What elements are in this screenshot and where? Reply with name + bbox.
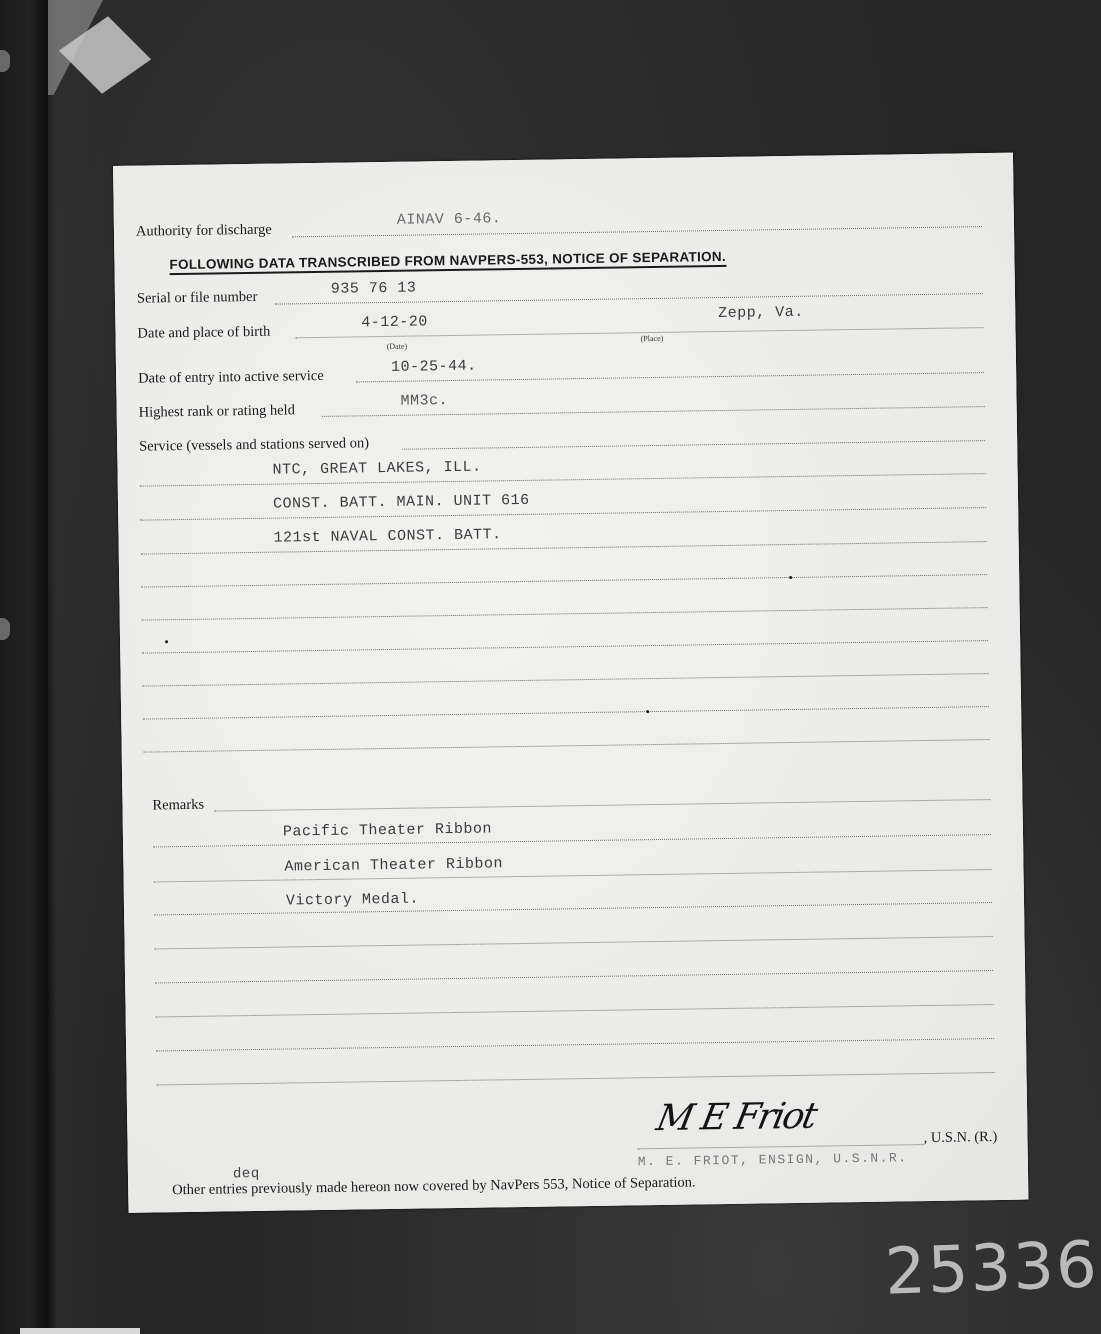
handwritten-signature: M E Friot: [653, 1096, 819, 1139]
authority-value: AINAV 6-46.: [397, 210, 502, 229]
handwritten-folder-number: 25336: [884, 1228, 1100, 1309]
remarks-label: Remarks: [152, 797, 204, 815]
transcription-heading: FOLLOWING DATA TRANSCRIBED FROM NAVPERS-…: [169, 249, 726, 275]
rule-line: [141, 574, 987, 588]
serial-value: 935 76 13: [331, 280, 417, 298]
rule-line: [154, 902, 992, 915]
entry-date-label: Date of entry into active service: [138, 368, 324, 388]
rule-line: [156, 1004, 994, 1017]
rank-label: Highest rank or rating held: [139, 402, 295, 421]
birth-label: Date and place of birth: [137, 324, 270, 343]
birth-date-value: 4-12-20: [361, 313, 428, 331]
rule-line: [140, 473, 986, 487]
rule-line: [156, 1038, 994, 1051]
rule-line: [157, 1072, 995, 1085]
rule-line: [154, 869, 992, 882]
typed-signatory-name: M. E. FRIOT, ENSIGN, U.S.N.R.: [638, 1150, 908, 1169]
ink-speck: [789, 576, 792, 579]
rule-line: [141, 541, 987, 555]
rule-line: [140, 507, 986, 521]
date-caption: (Date): [387, 342, 408, 351]
typist-initials: deq: [233, 1166, 260, 1182]
remarks-entry: American Theater Ribbon: [284, 855, 503, 875]
signature-line: [638, 1144, 924, 1149]
birth-place-value: Zepp, Va.: [718, 304, 804, 322]
authority-label: Authority for discharge: [136, 222, 272, 241]
ink-speck: [165, 640, 168, 643]
service-entry: NTC, GREAT LAKES, ILL.: [272, 459, 481, 479]
signature-suffix: , U.S.N. (R.): [923, 1129, 997, 1147]
rule-line: [402, 440, 985, 450]
rule-line: [155, 970, 993, 983]
rule-line: [155, 936, 993, 949]
remarks-entry: Victory Medal.: [286, 891, 419, 910]
service-entry: 121st NAVAL CONST. BATT.: [273, 526, 501, 546]
rank-value: MM3c.: [400, 392, 448, 410]
place-caption: (Place): [641, 334, 664, 343]
service-label: Service (vessels and stations served on): [139, 435, 369, 455]
ink-speck: [646, 710, 649, 713]
serial-label: Serial or file number: [137, 289, 258, 308]
rule-line: [143, 706, 989, 720]
separation-record-card: Authority for discharge AINAV 6-46. FOLL…: [113, 153, 1028, 1213]
rule-line: [143, 673, 989, 687]
entry-date-value: 10-25-44.: [391, 358, 477, 376]
rule-line: [144, 739, 990, 753]
binder-strip: [0, 0, 48, 1334]
rule-line: [142, 607, 988, 621]
remarks-entry: Pacific Theater Ribbon: [283, 820, 492, 840]
rule-line: [142, 640, 988, 654]
folder-edge: [20, 1328, 140, 1334]
rule-line: [153, 834, 991, 847]
service-entry: CONST. BATT. MAIN. UNIT 616: [273, 492, 530, 513]
rule-line: [215, 799, 991, 812]
rule-line: [292, 226, 982, 237]
